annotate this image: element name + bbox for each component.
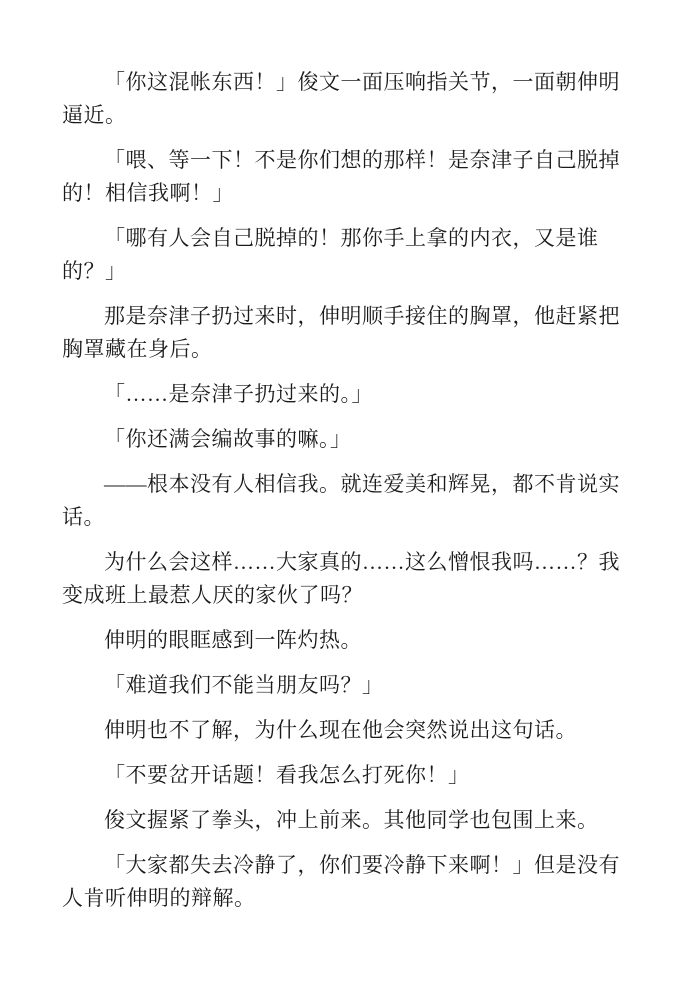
paragraph: 「……是奈津子扔过来的。」	[62, 378, 640, 411]
paragraph: 伸明也不了解，为什么现在他会突然说出这句话。	[62, 714, 640, 747]
paragraph: 「不要岔开话题！看我怎么打死你！」	[62, 759, 640, 792]
paragraph: 伸明的眼眶感到一阵灼热。	[62, 624, 640, 657]
paragraph: 「难道我们不能当朋友吗？」	[62, 669, 640, 702]
paragraph: 「大家都失去冷静了，你们要冷静下来啊！」但是没有人肯听伸明的辩解。	[62, 849, 640, 915]
paragraph: 俊文握紧了拳头，冲上前来。其他同学也包围上来。	[62, 804, 640, 837]
paragraph: 那是奈津子扔过来时，伸明顺手接住的胸罩，他赶紧把胸罩藏在身后。	[62, 300, 640, 366]
novel-page: 「你这混帐东西！」俊文一面压响指关节，一面朝伸明逼近。 「喂、等一下！不是你们想…	[0, 0, 700, 992]
paragraph: 「喂、等一下！不是你们想的那样！是奈津子自己脱掉的！相信我啊！」	[62, 144, 640, 210]
paragraph: ——根本没有人相信我。就连爱美和辉晃，都不肯说实话。	[62, 468, 640, 534]
paragraph: 「你还满会编故事的嘛。」	[62, 423, 640, 456]
paragraph: 「哪有人会自己脱掉的！那你手上拿的内衣，又是谁的？」	[62, 222, 640, 288]
paragraph: 「你这混帐东西！」俊文一面压响指关节，一面朝伸明逼近。	[62, 66, 640, 132]
paragraph: 为什么会这样……大家真的……这么憎恨我吗……？我变成班上最惹人厌的家伙了吗？	[62, 546, 640, 612]
